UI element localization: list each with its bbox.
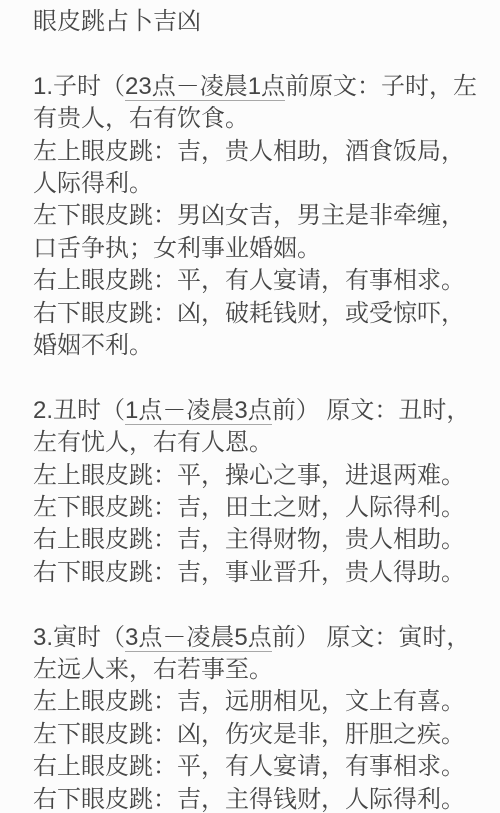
section-zishi: 1.子时（23点－凌晨1点前原文：子时，左 有贵人，右有饮食。 左上眼皮跳：吉，… — [33, 71, 500, 363]
heading-prefix: 2.丑时（ — [33, 397, 125, 424]
text-line: 左上眼皮跳：吉，贵人相助，酒食饭局， — [33, 136, 500, 168]
heading-suffix: 前） 原文：寅时， — [272, 624, 471, 651]
text-line: 左有忧人，右有人恩。 — [33, 427, 500, 459]
text-line: 婚姻不利。 — [33, 330, 500, 362]
section-choushi: 2.丑时（1点－凌晨3点前） 原文：丑时， 左有忧人，右有人恩。 左上眼皮跳：平… — [33, 395, 500, 589]
text-line: 左上眼皮跳：吉，远朋相见，文上有喜。 — [33, 686, 500, 718]
heading-suffix: 前） 原文：丑时， — [272, 397, 471, 424]
text-line: 右下眼皮跳：吉，事业晋升，贵人得助。 — [33, 557, 500, 589]
section-heading: 2.丑时（1点－凌晨3点前） 原文：丑时， — [33, 395, 500, 427]
heading-prefix: 3.寅时（ — [33, 624, 125, 651]
text-line: 右上眼皮跳：平，有人宴请，有事相求。 — [33, 751, 500, 783]
text-line: 左远人来，右若事至。 — [33, 654, 500, 686]
text-line: 右上眼皮跳：吉，主得财物，贵人相助。 — [33, 524, 500, 556]
section-yinshi: 3.寅时（3点－凌晨5点前） 原文：寅时， 左远人来，右若事至。 左上眼皮跳：吉… — [33, 622, 500, 813]
heading-prefix: 1.子时（ — [33, 73, 125, 100]
heading-time-range: 1点－凌晨3点 — [125, 397, 272, 425]
text-line: 右上眼皮跳：平，有人宴请，有事相求。 — [33, 265, 500, 297]
text-line: 右下眼皮跳：吉，主得钱财，人际得利。 — [33, 784, 500, 813]
text-line: 左下眼皮跳：男凶女吉，男主是非牵缠， — [33, 200, 500, 232]
article: 眼皮跳占卜吉凶 1.子时（23点－凌晨1点前原文：子时，左 有贵人，右有饮食。 … — [0, 0, 500, 813]
text-line: 有贵人，右有饮食。 — [33, 103, 500, 135]
text-line: 左上眼皮跳：平，操心之事，进退两难。 — [33, 460, 500, 492]
text-line: 左下眼皮跳：凶，伤灾是非，肝胆之疾。 — [33, 719, 500, 751]
section-heading: 1.子时（23点－凌晨1点前原文：子时，左 — [33, 71, 500, 103]
heading-time-range: 23点－凌晨1点 — [125, 73, 285, 101]
heading-suffix: 前原文：子时，左 — [285, 73, 477, 100]
text-line: 左下眼皮跳：吉，田土之财，人际得利。 — [33, 492, 500, 524]
text-line: 口舌争执；女利事业婚姻。 — [33, 233, 500, 265]
section-heading: 3.寅时（3点－凌晨5点前） 原文：寅时， — [33, 622, 500, 654]
text-line: 右下眼皮跳：凶，破耗钱财，或受惊吓， — [33, 298, 500, 330]
heading-time-range: 3点－凌晨5点 — [125, 624, 272, 652]
page-title: 眼皮跳占卜吉凶 — [33, 6, 500, 38]
text-line: 人际得利。 — [33, 168, 500, 200]
